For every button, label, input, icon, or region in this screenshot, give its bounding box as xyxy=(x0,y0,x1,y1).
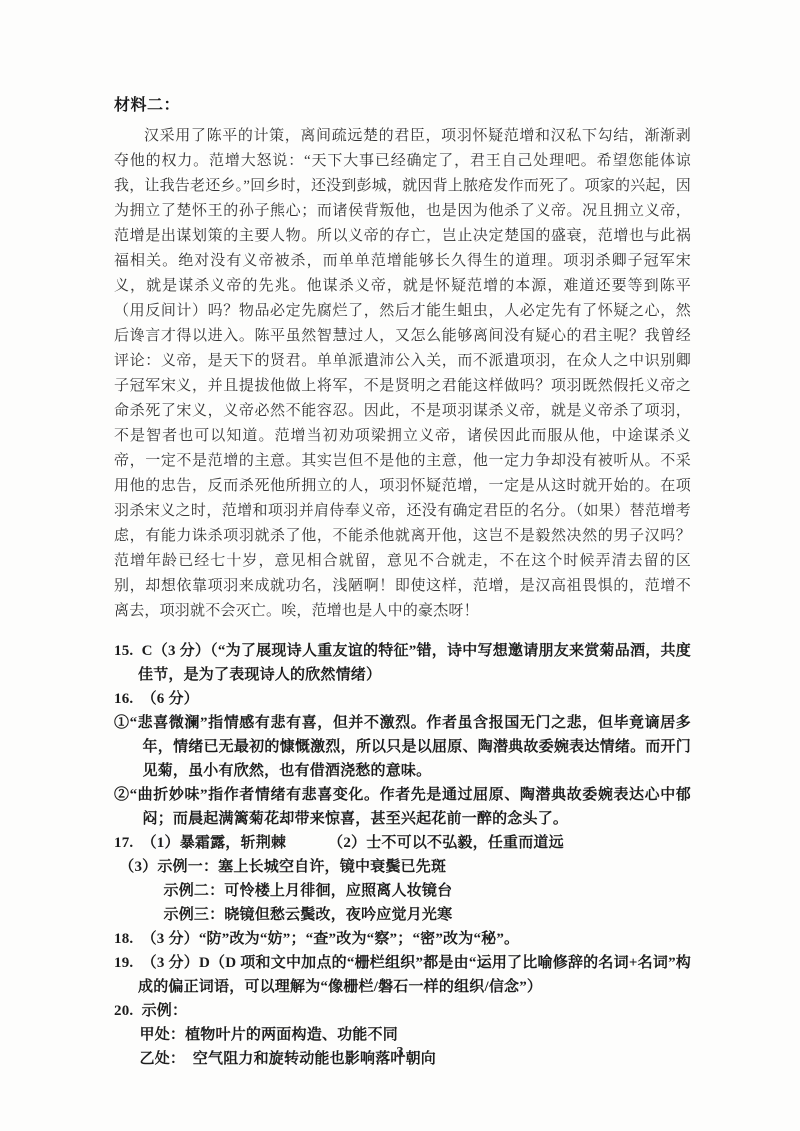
answer-17-number: 17. xyxy=(114,835,133,851)
answer-20: 20.示例： xyxy=(114,999,691,1023)
answer-15: 15.C（3 分）（“为了展现诗人重友谊的特征”错，诗中写想邀请朋友来赏菊品酒，… xyxy=(114,639,691,687)
answer-17-part-2: （2）士不可以不弘毅，任重而道远 xyxy=(328,835,564,851)
answer-20-jia: 甲处：植物叶片的两面构造、功能不同 xyxy=(140,1023,692,1047)
answer-15-text: C（3 分）（“为了展现诗人重友谊的特征”错，诗中写想邀请朋友来赏菊品酒，共度佳… xyxy=(138,643,691,683)
answer-19-text: （3 分）D（D 项和文中加点的“栅栏组织”都是由“运用了比喻修辞的名词+名词”… xyxy=(138,955,691,995)
answer-15-number: 15. xyxy=(114,643,133,659)
answer-16-point-2: ②“曲折妙味”指作者情绪有悲喜变化。作者先是通过屈原、陶潜典故委婉表达心中郁闷；… xyxy=(114,783,691,831)
answer-18-number: 18. xyxy=(114,931,133,947)
answer-17-part-3: （3）示例一：塞上长城空自许，镜中衰鬓已先斑 xyxy=(119,855,691,879)
page-number: 3 xyxy=(0,1045,800,1061)
answer-19-number: 19. xyxy=(114,955,133,971)
answer-17: 17.（1）暴霜露，斩荆棘（2）士不可以不弘毅，任重而道远 xyxy=(114,831,691,855)
material-paragraph: 汉采用了陈平的计策，离间疏远楚的君臣，项羽怀疑范增和汉私下勾结，渐渐剥夺他的权力… xyxy=(114,124,691,624)
scanned-answer-page: 材料二： 汉采用了陈平的计策，离间疏远楚的君臣，项羽怀疑范增和汉私下勾结，渐渐剥… xyxy=(0,0,800,1131)
answer-20-number: 20. xyxy=(114,1003,133,1019)
page-content: 材料二： 汉采用了陈平的计策，离间疏远楚的君臣，项羽怀疑范增和汉私下勾结，渐渐剥… xyxy=(114,96,691,1071)
material-heading: 材料二： xyxy=(114,96,691,116)
answer-16-score: （6 分） xyxy=(142,691,199,707)
answer-16-point-1: ①“悲喜微澜”指情感有悲有喜，但并不激烈。作者虽含报国无门之悲，但毕竟谪居多年，… xyxy=(114,711,691,783)
answer-20-label: 示例： xyxy=(142,1003,188,1019)
answer-17-example-2: 示例二：可怜楼上月徘徊，应照离人妆镜台 xyxy=(164,879,692,903)
answers-section: 15.C（3 分）（“为了展现诗人重友谊的特征”错，诗中写想邀请朋友来赏菊品酒，… xyxy=(114,639,691,1071)
answer-19: 19.（3 分）D（D 项和文中加点的“栅栏组织”都是由“运用了比喻修辞的名词+… xyxy=(114,951,691,999)
answer-16-number: 16. xyxy=(114,691,133,707)
answer-17-part-1: （1）暴霜露，斩荆棘 xyxy=(142,835,287,851)
answer-18-text: （3 分）“防”改为“妨”；“查”改为“察”；“密”改为“秘”。 xyxy=(142,931,520,947)
answer-16: 16.（6 分） xyxy=(114,687,691,711)
answer-17-example-3: 示例三：晓镜但愁云鬓改，夜吟应觉月光寒 xyxy=(164,903,692,927)
answer-18: 18.（3 分）“防”改为“妨”；“查”改为“察”；“密”改为“秘”。 xyxy=(114,927,691,951)
